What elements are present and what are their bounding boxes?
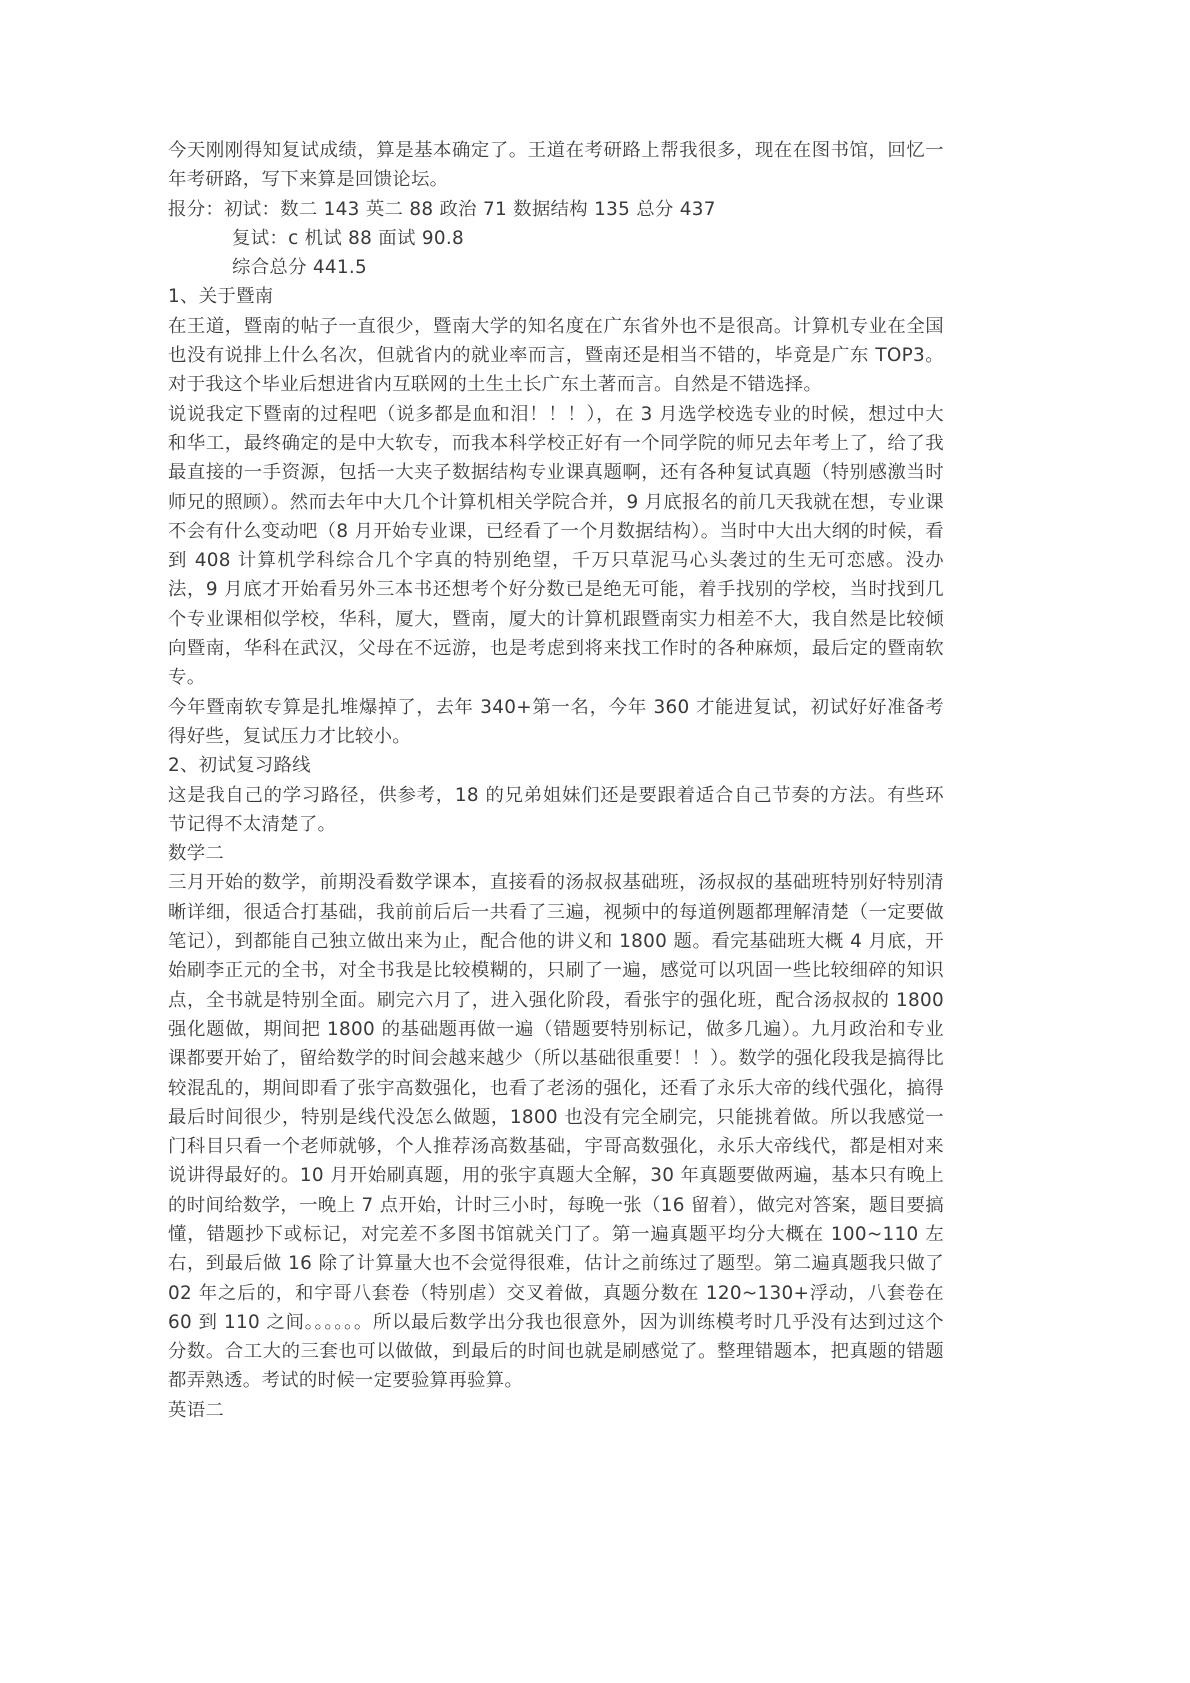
subheading-math: 数学二 (168, 839, 944, 868)
jinan-paragraph-1: 在王道，暨南的帖子一直很少，暨南大学的知名度在广东省外也不是很高。计算机专业在全… (168, 312, 944, 400)
scores-line-total: 综合总分 441.5 (168, 253, 944, 282)
scores-line-initial: 报分：初试：数二 143 英二 88 政治 71 数据结构 135 总分 437 (168, 195, 944, 224)
section-heading-study-route: 2、初试复习路线 (168, 751, 944, 780)
subheading-english: 英语二 (168, 1396, 944, 1425)
study-route-paragraph: 这是我自己的学习路径，供参考，18 的兄弟姐妹们还是要跟着适合自己节奏的方法。有… (168, 781, 944, 840)
jinan-paragraph-2: 说说我定下暨南的过程吧（说多都是血和泪！！！），在 3 月选学校选专业的时候，想… (168, 400, 944, 693)
document-page: 今天刚刚得知复试成绩，算是基本确定了。王道在考研路上帮我很多，现在在图书馆，回忆… (168, 136, 944, 1425)
jinan-paragraph-3: 今年暨南软专算是扎堆爆掉了，去年 340+第一名，今年 360 才能进复试，初试… (168, 693, 944, 752)
math-paragraph: 三月开始的数学，前期没看数学课本，直接看的汤叔叔基础班，汤叔叔的基础班特别好特别… (168, 868, 944, 1395)
intro-paragraph: 今天刚刚得知复试成绩，算是基本确定了。王道在考研路上帮我很多，现在在图书馆，回忆… (168, 136, 944, 195)
scores-line-retest: 复试：c 机试 88 面试 90.8 (168, 224, 944, 253)
section-heading-jinan: 1、关于暨南 (168, 282, 944, 311)
